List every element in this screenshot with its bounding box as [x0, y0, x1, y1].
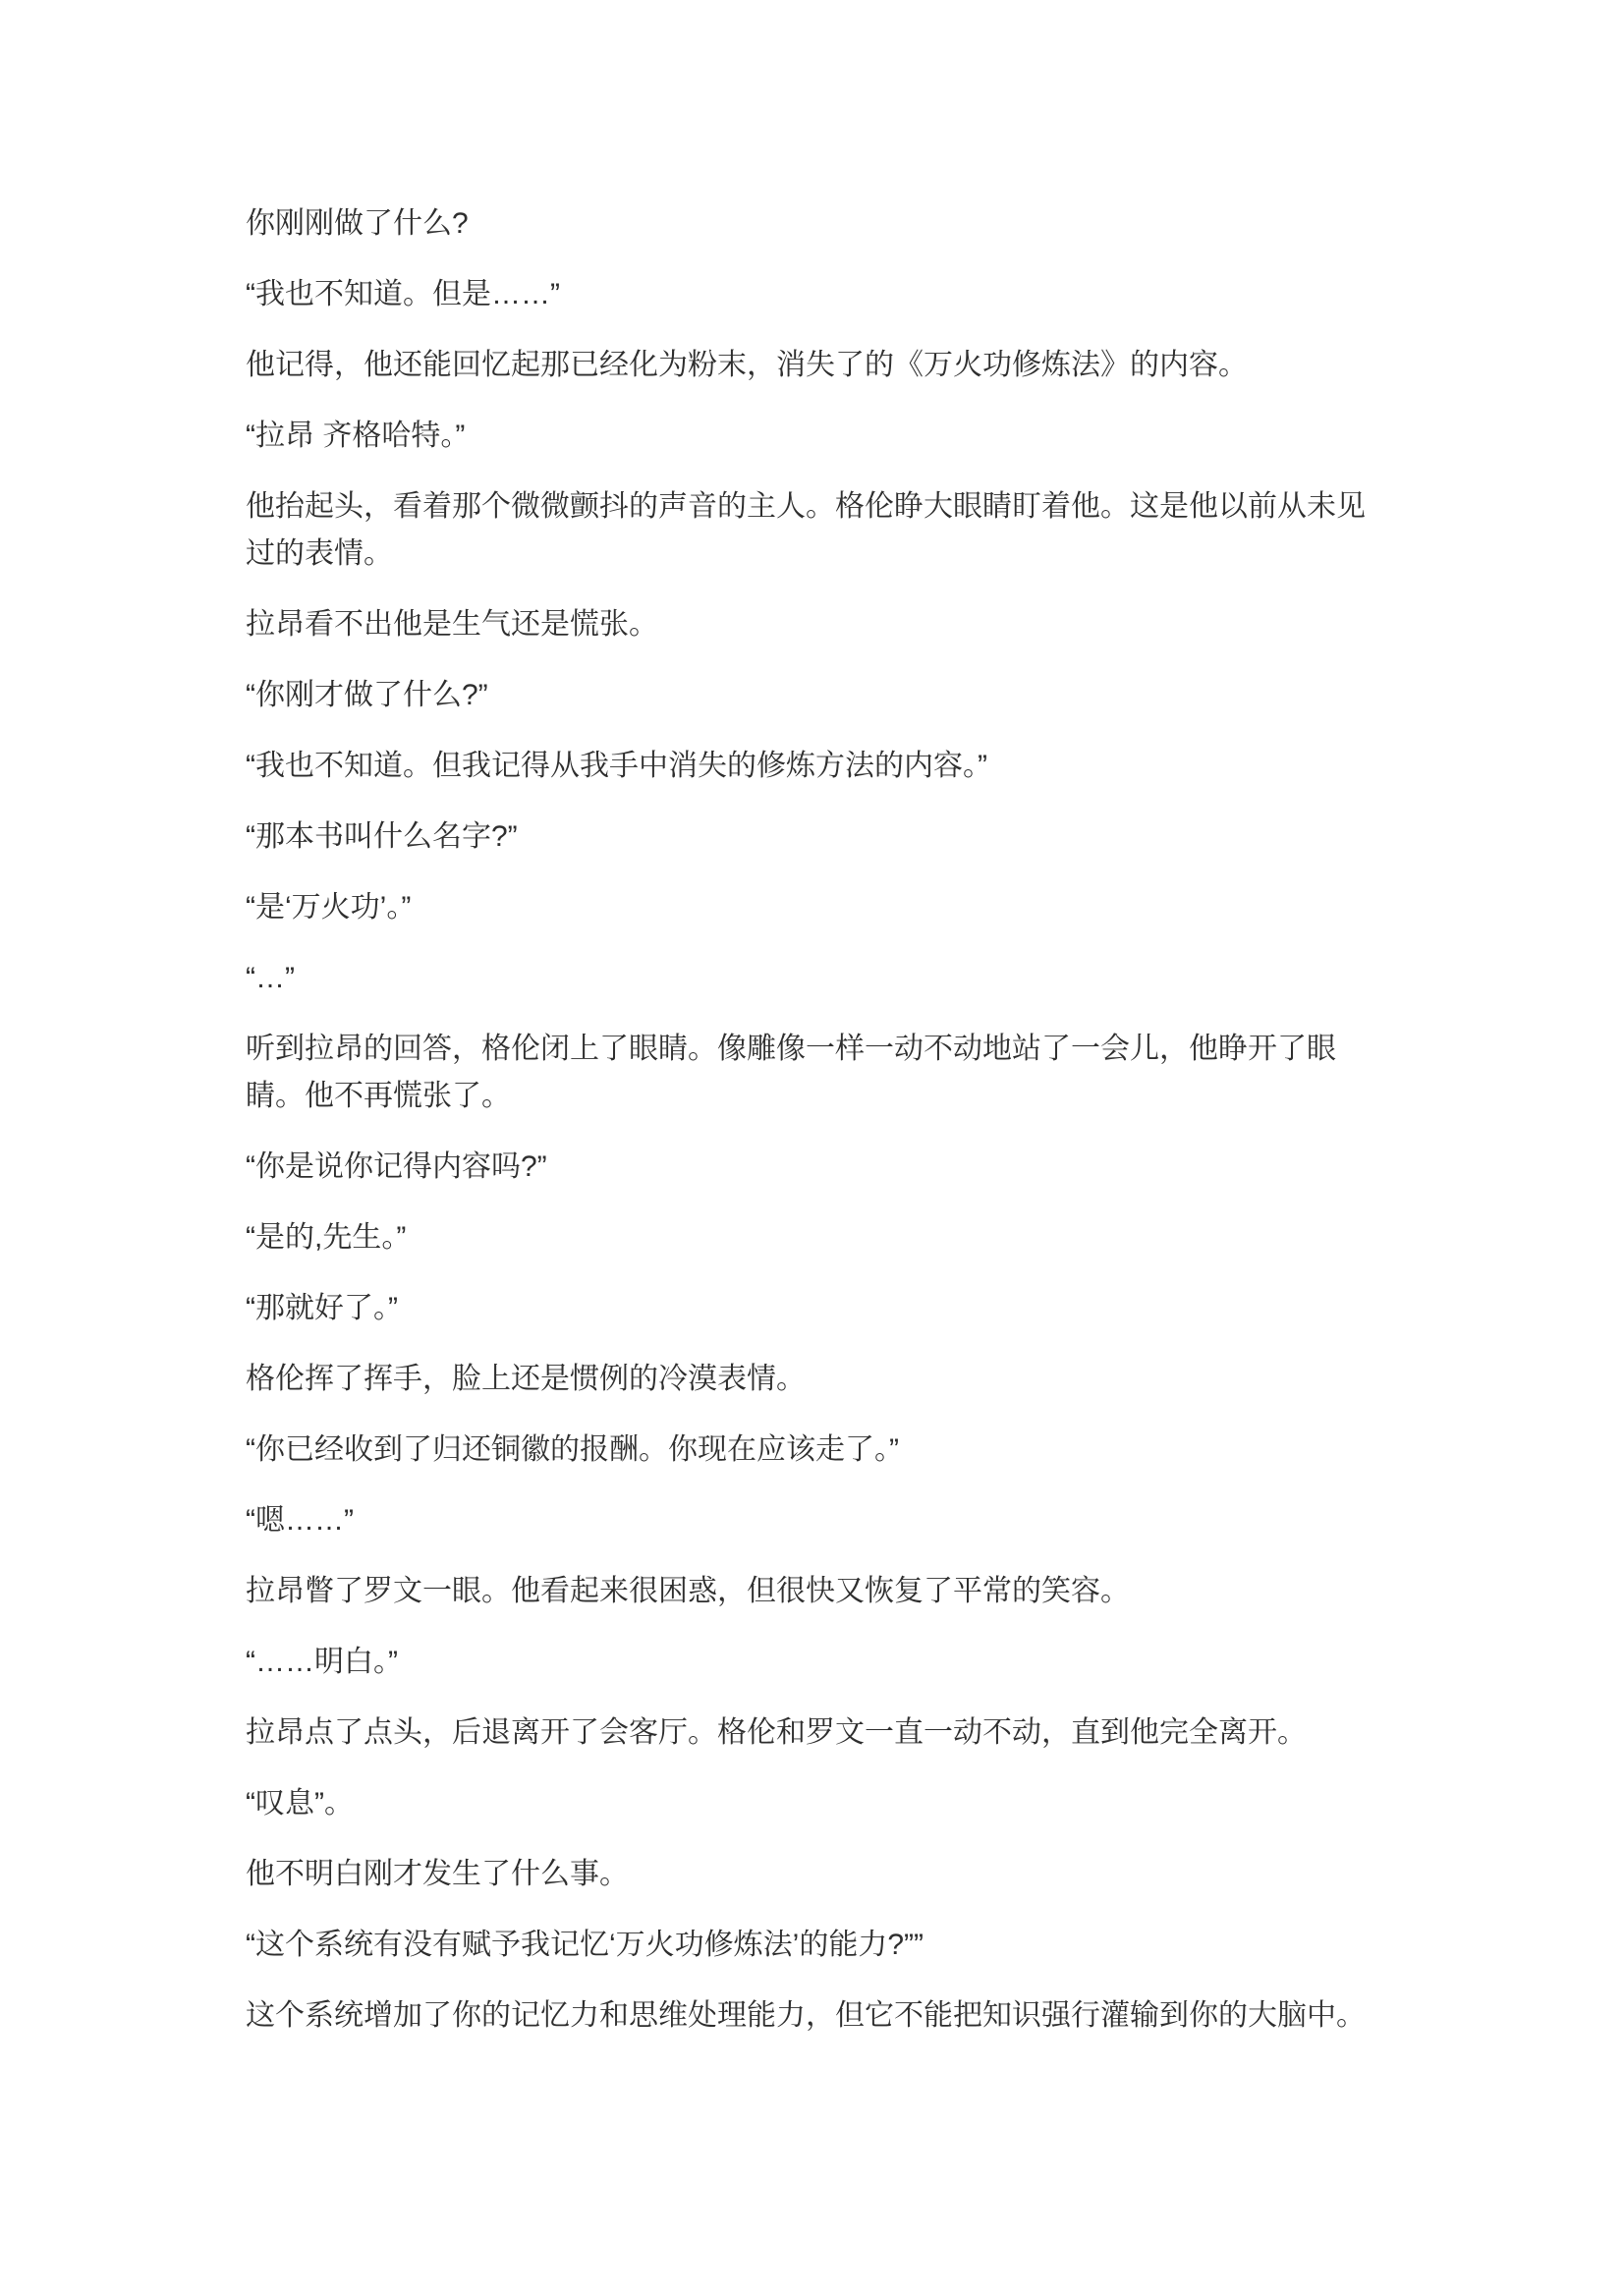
paragraph: “是‘万火功’。”	[246, 884, 1378, 931]
paragraph: 拉昂点了点头，后退离开了会客厅。格伦和罗文一直一动不动，直到他完全离开。	[246, 1709, 1378, 1757]
paragraph: “那本书叫什么名字?”	[246, 813, 1378, 861]
paragraph: “叹息”。	[246, 1780, 1378, 1827]
paragraph: “那就好了。”	[246, 1285, 1378, 1332]
paragraph: “拉昂 齐格哈特。”	[246, 413, 1378, 460]
paragraph: “这个系统有没有赋予我记忆‘万火功修炼法’的能力?””	[246, 1922, 1378, 1969]
paragraph: 拉昂看不出他是生气还是慌张。	[246, 601, 1378, 648]
paragraph: “嗯……”	[246, 1497, 1378, 1544]
paragraph: 他不明白刚才发生了什么事。	[246, 1851, 1378, 1898]
paragraph: “我也不知道。但我记得从我手中消失的修炼方法的内容。”	[246, 743, 1378, 790]
paragraph: “…”	[246, 955, 1378, 1002]
paragraph: “是的,先生。”	[246, 1214, 1378, 1261]
paragraph: 你刚刚做了什么?	[246, 200, 1378, 248]
paragraph: 这个系统增加了你的记忆力和思维处理能力，但它不能把知识强行灌输到你的大脑中。	[246, 1992, 1378, 2040]
paragraph: 听到拉昂的回答，格伦闭上了眼睛。像雕像一样一动不动地站了一会儿，他睁开了眼睛。他…	[246, 1026, 1378, 1120]
paragraph: “你已经收到了归还铜徽的报酬。你现在应该走了。”	[246, 1427, 1378, 1474]
document-body: 你刚刚做了什么?“我也不知道。但是……”他记得，他还能回忆起那已经化为粉末，消失…	[246, 200, 1378, 2040]
paragraph: “你是说你记得内容吗?”	[246, 1144, 1378, 1191]
document-page: 你刚刚做了什么?“我也不知道。但是……”他记得，他还能回忆起那已经化为粉末，消失…	[0, 0, 1624, 2296]
paragraph: “你刚才做了什么?”	[246, 672, 1378, 719]
paragraph: 他抬起头，看着那个微微颤抖的声音的主人。格伦睁大眼睛盯着他。这是他以前从未见过的…	[246, 483, 1378, 578]
paragraph: “……明白。”	[246, 1639, 1378, 1686]
paragraph: “我也不知道。但是……”	[246, 271, 1378, 318]
paragraph: 格伦挥了挥手，脸上还是惯例的冷漠表情。	[246, 1356, 1378, 1403]
paragraph: 拉昂瞥了罗文一眼。他看起来很困惑，但很快又恢复了平常的笑容。	[246, 1568, 1378, 1615]
paragraph: 他记得，他还能回忆起那已经化为粉末，消失了的《万火功修炼法》的内容。	[246, 342, 1378, 389]
